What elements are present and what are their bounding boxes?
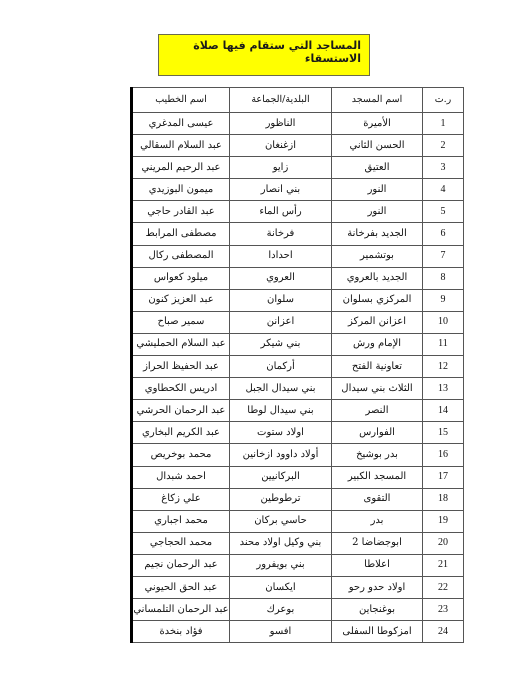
table-row: 24امزكوطا السفلىافسوفؤاد بنخدة <box>132 621 464 643</box>
table-row: 21اعلاطابني بويفرورعبد الرحمان نجيم <box>132 554 464 576</box>
cell-num: 11 <box>423 333 464 355</box>
cell-mosque: الجديد بفرخانة <box>332 223 423 245</box>
header-municipality: البلدية/الجماعة <box>230 88 332 113</box>
cell-mosque: بدر <box>332 510 423 532</box>
cell-municipality: بني انصار <box>230 179 332 201</box>
cell-municipality: احدادا <box>230 245 332 267</box>
cell-khatib: ادريس الكحطاوي <box>132 378 230 400</box>
cell-municipality: بني سيدال الجبل <box>230 378 332 400</box>
cell-khatib: عبد الحفيظ الحراز <box>132 356 230 378</box>
table-row: 23بوغنجاينبوعركعبد الرحمان التلمساني <box>132 599 464 621</box>
cell-khatib: مصطفى المرابط <box>132 223 230 245</box>
cell-khatib: احمد شبدال <box>132 466 230 488</box>
table-row: 3العتيقزايوعبد الرحيم المريني <box>132 157 464 179</box>
cell-mosque: التقوى <box>332 488 423 510</box>
cell-mosque: الفوارس <box>332 422 423 444</box>
cell-num: 23 <box>423 599 464 621</box>
cell-khatib: عبد الرحيم المريني <box>132 157 230 179</box>
cell-khatib: عبد السلام السقالي <box>132 135 230 157</box>
cell-mosque: ابوجضاضا 2 <box>332 532 423 554</box>
cell-khatib: عبد القادر حاجي <box>132 201 230 223</box>
table-row: 17المسجد الكبيرالبركانييناحمد شبدال <box>132 466 464 488</box>
cell-khatib: المصطفى ركال <box>132 245 230 267</box>
cell-municipality: اولاد ستوت <box>230 422 332 444</box>
cell-num: 21 <box>423 554 464 576</box>
cell-num: 16 <box>423 444 464 466</box>
table-row: 10اعزانن المركزاعزاننسمير صباح <box>132 311 464 333</box>
cell-municipality: حاسي بركان <box>230 510 332 532</box>
cell-khatib: فؤاد بنخدة <box>132 621 230 643</box>
cell-mosque: بوتشمير <box>332 245 423 267</box>
cell-khatib: عبد الرحمان نجيم <box>132 554 230 576</box>
cell-num: 9 <box>423 289 464 311</box>
table-row: 16بدر بوشيخأولاد داوود ازخانينمحمد بوخري… <box>132 444 464 466</box>
table-row: 6الجديد بفرخانةفرخانةمصطفى المرابط <box>132 223 464 245</box>
cell-khatib: محمد الحجاجي <box>132 532 230 554</box>
cell-num: 24 <box>423 621 464 643</box>
cell-num: 4 <box>423 179 464 201</box>
table-row: 20ابوجضاضا 2بني وكيل اولاد محندمحمد الحج… <box>132 532 464 554</box>
cell-mosque: تعاونية الفتح <box>332 356 423 378</box>
cell-khatib: محمد اجباري <box>132 510 230 532</box>
cell-num: 8 <box>423 267 464 289</box>
cell-khatib: علي زكاغ <box>132 488 230 510</box>
cell-khatib: عيسى المدغري <box>132 113 230 135</box>
cell-num: 5 <box>423 201 464 223</box>
cell-municipality: ترطوطين <box>230 488 332 510</box>
cell-mosque: العتيق <box>332 157 423 179</box>
cell-mosque: الأميرة <box>332 113 423 135</box>
cell-num: 19 <box>423 510 464 532</box>
table-row: 19بدرحاسي بركانمحمد اجباري <box>132 510 464 532</box>
cell-mosque: النصر <box>332 400 423 422</box>
cell-municipality: ازغنغان <box>230 135 332 157</box>
table-row: 11الإمام ورشبني شيكرعبد السلام الحمليشي <box>132 333 464 355</box>
cell-mosque: بدر بوشيخ <box>332 444 423 466</box>
cell-municipality: رأس الماء <box>230 201 332 223</box>
cell-municipality: سلوان <box>230 289 332 311</box>
cell-khatib: عبد الكريم البخاري <box>132 422 230 444</box>
cell-municipality: زايو <box>230 157 332 179</box>
cell-khatib: عبد العزيز كنون <box>132 289 230 311</box>
cell-num: 2 <box>423 135 464 157</box>
table-row: 9المركزي بسلوانسلوانعبد العزيز كنون <box>132 289 464 311</box>
cell-municipality: أركمان <box>230 356 332 378</box>
cell-mosque: اولاد حدو رحو <box>332 576 423 598</box>
cell-mosque: بوغنجاين <box>332 599 423 621</box>
cell-num: 7 <box>423 245 464 267</box>
cell-mosque: الجديد بالعروي <box>332 267 423 289</box>
table-row: 14النصربني سيدال لوطاعبد الرحمان الحرشي <box>132 400 464 422</box>
cell-municipality: ايكسان <box>230 576 332 598</box>
table-row: 2الحسن الثانيازغنغانعبد السلام السقالي <box>132 135 464 157</box>
table-row: 1الأميرةالناظورعيسى المدغري <box>132 113 464 135</box>
cell-municipality: العروي <box>230 267 332 289</box>
cell-mosque: امزكوطا السفلى <box>332 621 423 643</box>
cell-municipality: بني بويفرور <box>230 554 332 576</box>
header-khatib: اسم الخطيب <box>132 88 230 113</box>
cell-num: 13 <box>423 378 464 400</box>
cell-municipality: اعزانن <box>230 311 332 333</box>
cell-mosque: المركزي بسلوان <box>332 289 423 311</box>
cell-khatib: ميلود كعواس <box>132 267 230 289</box>
cell-num: 22 <box>423 576 464 598</box>
cell-num: 18 <box>423 488 464 510</box>
table-header-row: ر.ت اسم المسجد البلدية/الجماعة اسم الخطي… <box>132 88 464 113</box>
table-row: 7بوتشميراحداداالمصطفى ركال <box>132 245 464 267</box>
cell-num: 12 <box>423 356 464 378</box>
cell-khatib: عبد الرحمان الحرشي <box>132 400 230 422</box>
cell-khatib: عبد الرحمان التلمساني <box>132 599 230 621</box>
cell-municipality: افسو <box>230 621 332 643</box>
mosques-table: ر.ت اسم المسجد البلدية/الجماعة اسم الخطي… <box>130 87 464 643</box>
cell-municipality: الناظور <box>230 113 332 135</box>
cell-mosque: اعلاطا <box>332 554 423 576</box>
cell-municipality: البركانيين <box>230 466 332 488</box>
cell-municipality: بني سيدال لوطا <box>230 400 332 422</box>
table-row: 22اولاد حدو رحوايكسانعبد الحق الحيوني <box>132 576 464 598</box>
cell-num: 1 <box>423 113 464 135</box>
cell-mosque: المسجد الكبير <box>332 466 423 488</box>
cell-num: 15 <box>423 422 464 444</box>
cell-municipality: بني شيكر <box>230 333 332 355</box>
table-row: 15الفوارساولاد ستوتعبد الكريم البخاري <box>132 422 464 444</box>
cell-khatib: سمير صباح <box>132 311 230 333</box>
table-row: 18التقوىترطوطينعلي زكاغ <box>132 488 464 510</box>
cell-khatib: محمد بوخريص <box>132 444 230 466</box>
cell-mosque: الإمام ورش <box>332 333 423 355</box>
cell-mosque: الحسن الثاني <box>332 135 423 157</box>
cell-num: 20 <box>423 532 464 554</box>
cell-mosque: الثلاث بني سيدال <box>332 378 423 400</box>
header-mosque: اسم المسجد <box>332 88 423 113</box>
cell-num: 17 <box>423 466 464 488</box>
table-row: 5النوررأس الماءعبد القادر حاجي <box>132 201 464 223</box>
table-row: 4النوربني انصارميمون البوزيدي <box>132 179 464 201</box>
table-row: 8الجديد بالعرويالعرويميلود كعواس <box>132 267 464 289</box>
cell-khatib: عبد الحق الحيوني <box>132 576 230 598</box>
cell-mosque: اعزانن المركز <box>332 311 423 333</box>
cell-municipality: أولاد داوود ازخانين <box>230 444 332 466</box>
cell-khatib: عبد السلام الحمليشي <box>132 333 230 355</box>
table-row: 12تعاونية الفتحأركمانعبد الحفيظ الحراز <box>132 356 464 378</box>
cell-municipality: بني وكيل اولاد محند <box>230 532 332 554</box>
cell-num: 3 <box>423 157 464 179</box>
cell-municipality: بوعرك <box>230 599 332 621</box>
cell-num: 6 <box>423 223 464 245</box>
header-num: ر.ت <box>423 88 464 113</box>
cell-num: 14 <box>423 400 464 422</box>
cell-num: 10 <box>423 311 464 333</box>
cell-khatib: ميمون البوزيدي <box>132 179 230 201</box>
cell-mosque: النور <box>332 179 423 201</box>
document-title: المساجد التي ستقام فيها صلاة الاستسقاء <box>158 34 370 76</box>
cell-municipality: فرخانة <box>230 223 332 245</box>
cell-mosque: النور <box>332 201 423 223</box>
table-row: 13الثلاث بني سيدالبني سيدال الجبلادريس ا… <box>132 378 464 400</box>
